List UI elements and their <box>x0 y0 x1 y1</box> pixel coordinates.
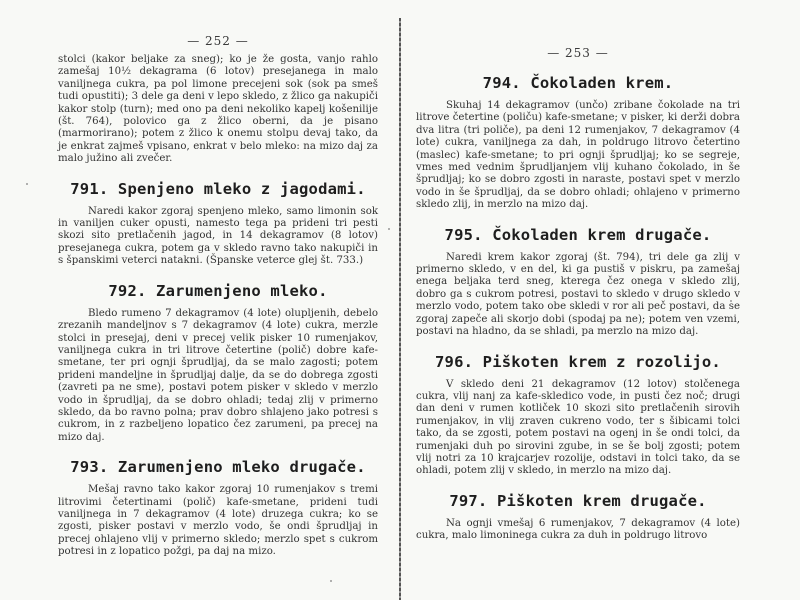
scan-speck <box>330 580 332 582</box>
recipe-text-791: Naredi kakor zgoraj spenjeno mleko, samo… <box>58 206 378 268</box>
continued-paragraph: stolci (kakor beljake za sneg); ko je že… <box>58 54 378 166</box>
scan-speck <box>730 300 732 302</box>
scan-speck <box>388 228 390 230</box>
right-page: — 253 — 794. Čokoladen krem. Skuhaj 14 d… <box>402 0 800 600</box>
recipe-text-796: V skledo deni 21 dekagramov (12 lotov) s… <box>416 379 740 478</box>
recipe-title-796: 796. Piškoten krem z rozolijo. <box>416 353 740 371</box>
recipe-text-792: Bledo rumeno 7 dekagramov (4 lote) olupl… <box>58 308 378 444</box>
recipe-text-795: Naredi krem kakor zgoraj (št. 794), tri … <box>416 252 740 339</box>
recipe-text-793: Mešaj ravno tako kakor zgoraj 10 rumenja… <box>58 484 378 558</box>
recipe-title-795: 795. Čokoladen krem drugače. <box>416 226 740 244</box>
page-gutter <box>399 18 401 600</box>
recipe-title-792: 792. Zarumenjeno mleko. <box>58 282 378 300</box>
recipe-title-791: 791. Spenjeno mleko z jagodami. <box>58 180 378 198</box>
page-number: — 253 — <box>416 46 740 60</box>
scan-speck <box>26 183 28 185</box>
recipe-text-797: Na ognji vmešaj 6 rumenjakov, 7 dekagram… <box>416 518 740 543</box>
recipe-text-794: Skuhaj 14 dekagramov (unčo) zribane čoko… <box>416 100 740 212</box>
left-page: — 252 — stolci (kakor beljake za sneg); … <box>0 0 400 600</box>
recipe-title-794: 794. Čokoladen krem. <box>416 74 740 92</box>
recipe-title-797: 797. Piškoten krem drugače. <box>416 492 740 510</box>
page-number: — 252 — <box>58 34 378 48</box>
recipe-title-793: 793. Zarumenjeno mleko drugače. <box>58 458 378 476</box>
